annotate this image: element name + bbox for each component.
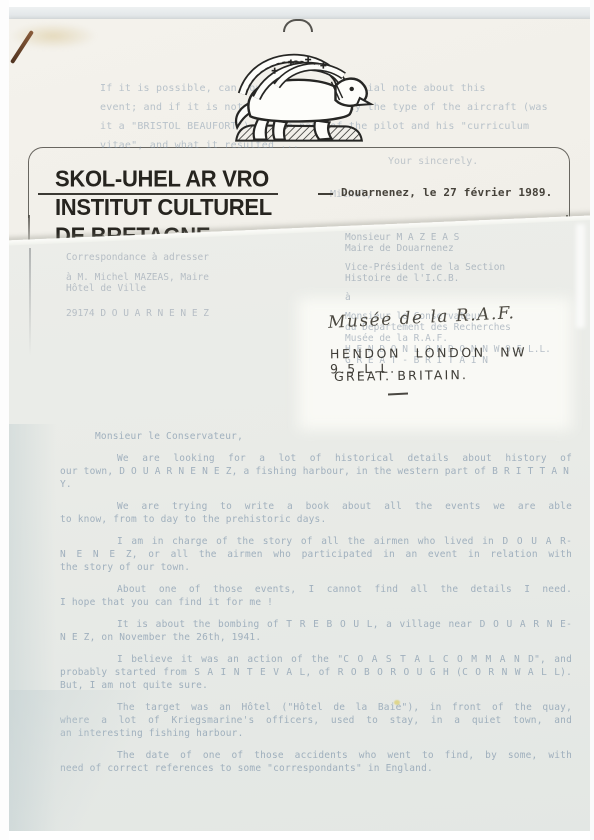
text-line: Correspondance à adresser (66, 252, 209, 264)
text-line: à (345, 292, 551, 303)
celtic-beast-logo (222, 40, 374, 148)
text-line: We are trying to write a book about all … (60, 500, 572, 513)
letterhead-line2: INSTITUT CULTUREL (55, 193, 272, 222)
text-line: Monsieur le Conservateur, (95, 430, 594, 443)
bottom-left-shade (0, 690, 150, 831)
handwritten-line3: GREAT. BRITAIN. (334, 367, 468, 384)
photo-border-right (590, 0, 594, 840)
photo-border-bottom (0, 831, 594, 840)
text-line: It is about the bombing of T R E B O U L… (60, 618, 572, 631)
text-line: I am in charge of the story of all the a… (60, 535, 572, 548)
frame-showthrough-line (29, 248, 31, 356)
photo-border-left (0, 0, 9, 840)
text-line: Vice-Président de la Section (345, 262, 551, 273)
text-line: Hôtel de Ville (66, 283, 209, 295)
text-line: the story of our town. (60, 561, 572, 574)
text-line: probably started from S A I N T E V A L,… (60, 666, 572, 679)
text-line: our town, D O U A R N E N E Z, a fishing… (60, 465, 572, 491)
yellow-speck (394, 700, 400, 705)
text-line: Musée de la R.A.F. (345, 333, 551, 344)
paper-edge-highlight (576, 224, 585, 328)
text-line: N E N E Z, or all the airmen who partici… (60, 548, 572, 561)
text-line: We are looking for a lot of historical d… (60, 452, 572, 465)
text-line: 29174 D O U A R N E N E Z (66, 308, 209, 320)
scanned-letter-photo: If it is possible, can you send me an of… (0, 0, 594, 840)
text-line: Maire de Douarnenez (345, 243, 551, 254)
photo-border-top (0, 0, 594, 7)
text-line: I hope that you can find it for me ! (60, 596, 572, 609)
text-line: à M. Michel MAZEAS, Maire (66, 272, 209, 284)
text-line: N E Z, on November the 26th, 1941. (60, 631, 572, 644)
letterhead-rule-dash (318, 193, 333, 195)
text-line: Histoire de l'I.C.B. (345, 273, 551, 284)
correspondence-address-block: Correspondance à adresserà M. Michel MAZ… (66, 252, 209, 319)
letterhead-rule (38, 193, 278, 195)
letterhead-line1: SKOL-UHEL AR VRO (55, 164, 272, 193)
text-line: Monsieur M A Z E A S (345, 232, 551, 243)
text-line: to know, from to day to the prehistoric … (60, 513, 572, 526)
text-line: About one of those events, I cannot find… (60, 583, 572, 596)
text-line: I believe it was an action of the "C O A… (60, 653, 572, 666)
date-line: Douarnenez, le 27 février 1989. (341, 186, 553, 199)
